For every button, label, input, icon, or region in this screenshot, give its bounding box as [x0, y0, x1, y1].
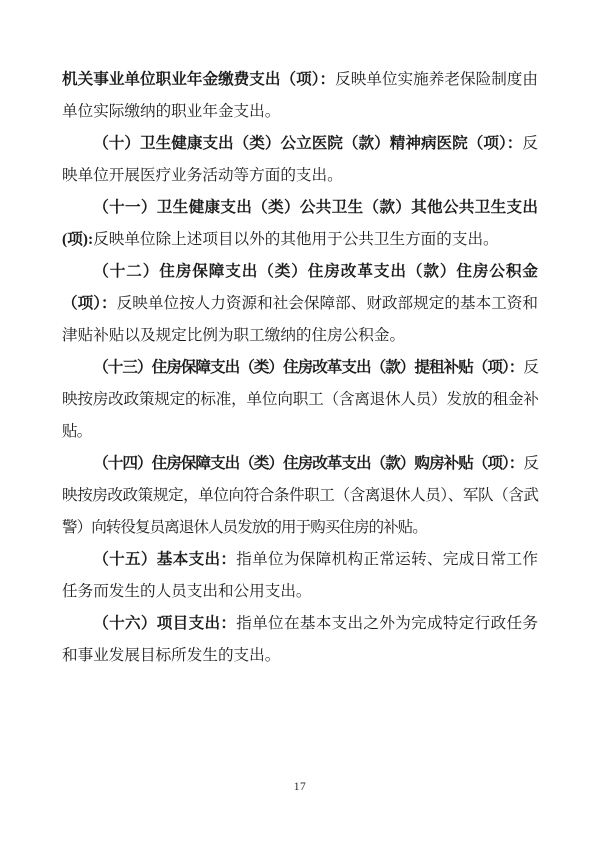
- page-number: 17: [0, 781, 600, 793]
- paragraph-item-15: （十五）基本支出：指单位为保障机构正常运转、完成日常工作任务而发生的人员支出和公…: [62, 544, 538, 608]
- paragraph-lead: （十五）基本支出：: [93, 551, 236, 568]
- document-body: 机关事业单位职业年金缴费支出（项）：反映单位实施养老保险制度由单位实际缴纳的职业…: [62, 64, 538, 672]
- paragraph-lead: （十）卫生健康支出（类）公立医院（款）精神病医院（项）：: [93, 135, 522, 152]
- paragraph-item-14: （十四）住房保障支出（类）住房改革支出（款）购房补贴（项）：反映按房改政策规定，…: [62, 448, 538, 544]
- paragraph-item-10: （十）卫生健康支出（类）公立医院（款）精神病医院（项）：反映单位开展医疗业务活动…: [62, 128, 538, 192]
- paragraph-item-11: （十一）卫生健康支出（类）公共卫生（款）其他公共卫生支出(项):反映单位除上述项…: [62, 192, 538, 256]
- paragraph-item-12: （十二）住房保障支出（类）住房改革支出（款）住房公积金（项）：反映单位按人力资源…: [62, 256, 538, 352]
- document-page: 机关事业单位职业年金缴费支出（项）：反映单位实施养老保险制度由单位实际缴纳的职业…: [0, 0, 600, 849]
- paragraph-item-16: （十六）项目支出：指单位在基本支出之外为完成特定行政任务和事业发展目标所发生的支…: [62, 608, 538, 672]
- paragraph-lead: 机关事业单位职业年金缴费支出（项）：: [62, 71, 335, 88]
- paragraph-lead: （十六）项目支出：: [93, 615, 236, 632]
- paragraph-text: 反映单位除上述项目以外的其他用于公共卫生方面的支出。: [93, 231, 498, 248]
- paragraph-lead: （十四）住房保障支出（类）住房改革支出（款）购房补贴（项）：: [93, 455, 523, 472]
- paragraph-item-13: （十三）住房保障支出（类）住房改革支出（款）提租补贴（项）：反映按房改政策规定的…: [62, 352, 538, 448]
- paragraph-pension-contribution: 机关事业单位职业年金缴费支出（项）：反映单位实施养老保险制度由单位实际缴纳的职业…: [62, 64, 538, 128]
- paragraph-text: 反映单位按人力资源和社会保障部、财政部规定的基本工资和津贴补贴以及规定比例为职工…: [62, 295, 538, 344]
- paragraph-lead: （十三）住房保障支出（类）住房改革支出（款）提租补贴（项）：: [93, 359, 523, 376]
